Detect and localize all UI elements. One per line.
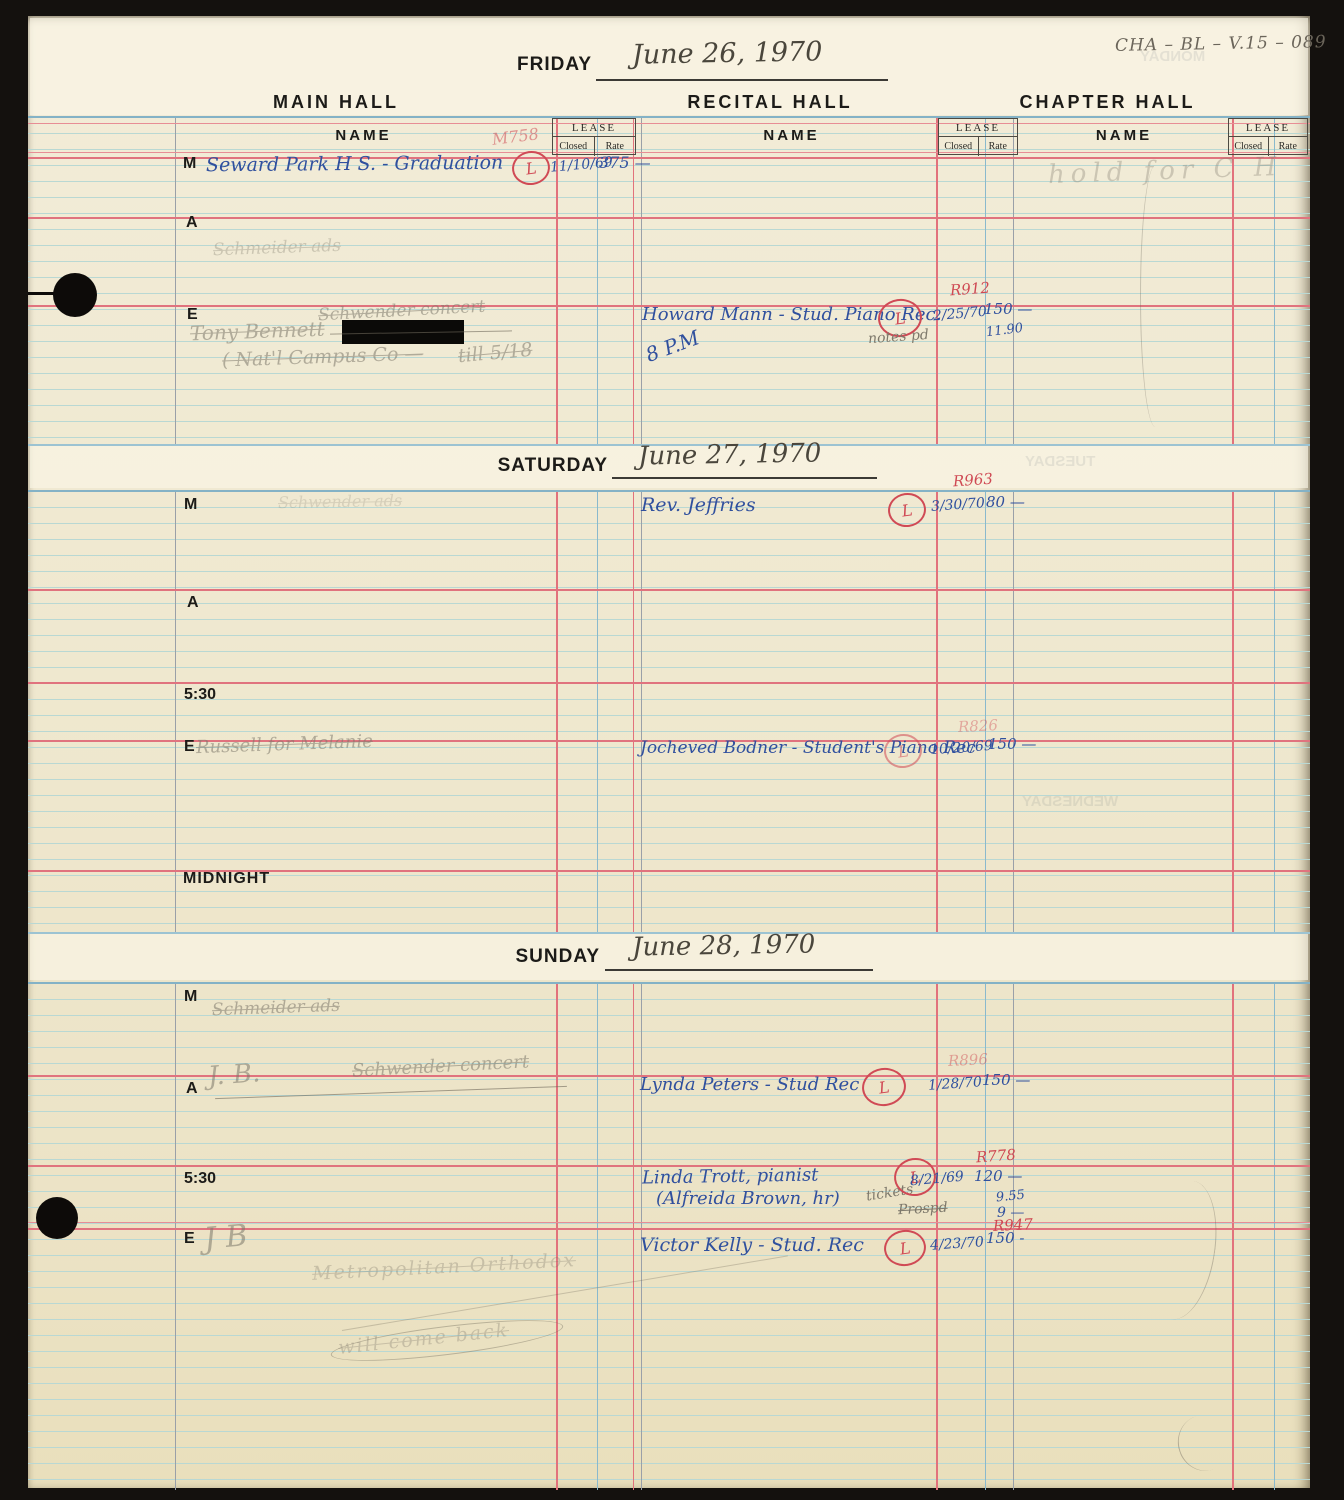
punch-hole	[36, 1197, 78, 1239]
sunday-recital-530-entry: Linda Trott, pianist	[642, 1166, 819, 1188]
friday-date-handwritten: June 26, 1970	[632, 38, 823, 70]
lease-header: LEASE	[939, 119, 1017, 137]
date-underline	[605, 969, 873, 971]
ghost-text: TUESDAY	[1025, 453, 1095, 470]
chapter-lease-box: LEASE Closed Rate	[1228, 118, 1308, 155]
sunday-recital-530-rate2: 9.55	[995, 1189, 1025, 1206]
chapter-name-header: NAME	[1020, 127, 1228, 144]
friday-main-e-pencil-note2: Tony Bennett	[190, 319, 325, 345]
sunday-recital-e-rate: 150 -	[986, 1231, 1024, 1247]
date-underline	[596, 79, 888, 81]
saturday-main-m-pencil-note: Schwender ads	[278, 493, 402, 512]
sunday-recital-530-pencil-note2: Prospd	[898, 1201, 948, 1218]
sunday-recital-a-ref: R896	[948, 1052, 989, 1070]
ruled-line-red	[28, 589, 1310, 591]
friday-recital-e-ref: R912	[949, 281, 990, 299]
scanned-ledger-page: MONDAY TUESDAY WEDNESDAY FRIDAY June 26,…	[0, 0, 1344, 1500]
saturday-row-midnight: MIDNIGHT	[183, 870, 270, 888]
sunday-row-530: 5:30	[184, 1170, 216, 1188]
recital-lease-box: LEASE Closed Rate	[938, 118, 1018, 155]
sunday-recital-530-entry2: (Alfreida Brown, hr)	[656, 1190, 840, 1209]
ruled-line-red	[28, 123, 1310, 124]
lease-header: LEASE	[1229, 119, 1307, 137]
friday-main-m-entry: Seward Park H S. - Graduation	[206, 154, 503, 177]
sunday-recital-530-rate: 120 —	[974, 1169, 1022, 1185]
saturday-recital-m-ref: R963	[952, 472, 993, 490]
saturday-recital-e-rate: 150 —	[988, 737, 1036, 753]
recital-hall-title: RECITAL HALL	[630, 92, 910, 113]
sunday-recital-a-entry: Lynda Peters - Stud Rec	[640, 1076, 859, 1095]
saturday-grid	[28, 490, 1310, 934]
sunday-recital-530-ref: R778	[975, 1148, 1016, 1166]
saturday-row-530: 5:30	[184, 686, 216, 704]
saturday-recital-m-entry: Rev. Jeffries	[641, 496, 756, 516]
main-lease-box: LEASE Closed Rate	[552, 118, 636, 155]
sunday-label: SUNDAY	[470, 946, 600, 968]
friday-recital-e-rate: 150 —	[984, 302, 1032, 318]
saturday-label: SATURDAY	[470, 455, 608, 477]
ruled-line-red	[28, 217, 1310, 219]
main-hall-title: MAIN HALL	[175, 92, 497, 113]
saturday-row-a: A	[187, 594, 199, 612]
punch-hole	[53, 273, 97, 317]
ruled-line-red	[28, 682, 1310, 684]
sunday-row-m: M	[184, 988, 197, 1006]
ruled-line-red	[28, 152, 1310, 153]
sunday-row-a: A	[186, 1080, 198, 1098]
saturday-recital-e-entry: Jocheved Bodner - Student's Piano Rec	[640, 740, 976, 758]
saturday-recital-e-ref: R826	[958, 718, 999, 736]
date-underline	[612, 477, 877, 479]
saturday-row-e: E	[184, 738, 195, 756]
sunday-main-a-pencil-note1: J. B.	[207, 1060, 261, 1091]
sunday-row-e: E	[184, 1230, 195, 1248]
lease-header: LEASE	[553, 119, 635, 137]
rate-header: Rate	[979, 137, 1018, 156]
pencil-crease-mark	[1140, 165, 1171, 427]
friday-row-a: A	[186, 214, 198, 232]
friday-row-m: M	[183, 155, 196, 173]
saturday-row-m: M	[184, 496, 197, 514]
chapter-hall-title: CHAPTER HALL	[1000, 92, 1215, 113]
closed-header: Closed	[553, 137, 595, 156]
sunday-main-e-pencil-note1: J B	[203, 1220, 249, 1255]
friday-main-m-rate: 375 —	[599, 155, 651, 172]
closed-header: Closed	[939, 137, 979, 156]
sunday-recital-a-rate: 150 —	[982, 1073, 1030, 1089]
friday-label: FRIDAY	[470, 54, 592, 76]
saturday-recital-m-rate: 80 —	[986, 495, 1025, 511]
recital-name-header: NAME	[645, 127, 938, 144]
page-reference-code: CHA – BL – V.15 – 089	[1115, 34, 1327, 56]
sunday-date-handwritten: June 28, 1970	[632, 931, 816, 961]
sunday-recital-e-entry: Victor Kelly - Stud. Rec	[640, 1236, 864, 1256]
saturday-date-handwritten: June 27, 1970	[638, 440, 822, 470]
